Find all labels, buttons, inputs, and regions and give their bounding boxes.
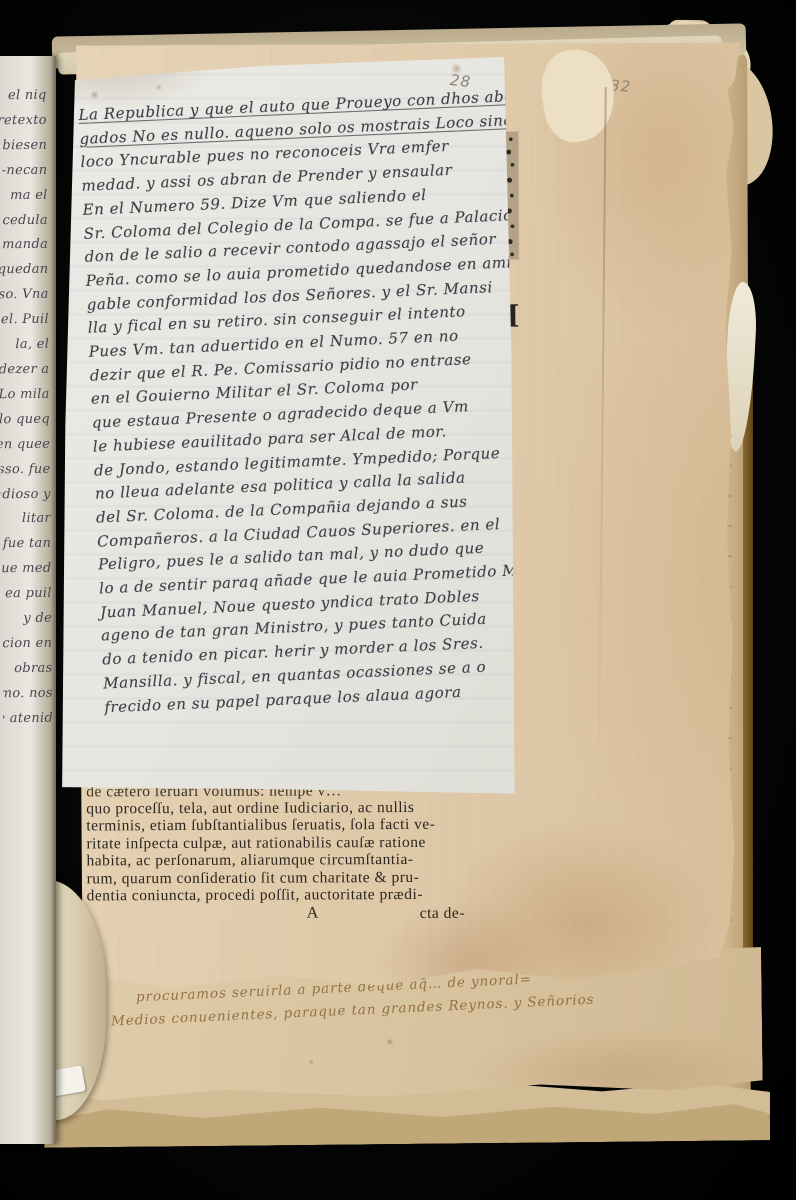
latin-lines: quo proceſſu, tela, aut ordine Iudiciari…: [86, 799, 516, 905]
left-page-fragment: litar: [1, 507, 51, 532]
paper-crack: [598, 87, 606, 747]
latin-line: habita, ac perſonarum, aliarumque circum…: [86, 851, 516, 870]
latin-line: rum, quarum conſideratio ſit cum charita…: [87, 868, 517, 887]
latin-line: dentia coniuncta, procedi poſſit, auctor…: [87, 886, 517, 905]
left-page-fragment: eque med: [1, 557, 51, 582]
left-page-fragment: acion en: [2, 632, 52, 657]
left-page-fragment: ma el: [0, 183, 48, 208]
left-page-fragment: ea puil: [2, 582, 52, 607]
left-page-fragment: o, quedan: [0, 258, 49, 283]
left-page-fragment: el. Puil: [0, 308, 49, 333]
left-page-fragment: en quee: [0, 432, 50, 457]
latin-line: ritate inſpecta culpæ, aut rationabilis …: [86, 833, 516, 852]
latin-line: terminis, etiam ſubſtantialibus ſeruatis…: [86, 816, 516, 835]
left-page-fragment: biesen: [0, 134, 47, 159]
left-page-sliver: el niqretextobiesennecan-ma elcedulamand…: [0, 56, 56, 1144]
left-page-fragment: manda: [0, 233, 48, 258]
left-page-fragment: necan-: [0, 158, 47, 183]
latin-text-block: de cætero ſeruari volumus: nempe v… quo …: [86, 782, 517, 925]
signature-row: A cta de-: [87, 903, 517, 925]
left-page-fragment: la, el: [0, 333, 49, 358]
left-page-fragment: que atenid: [3, 706, 53, 731]
photograph-of-archival-documents: procuramos seruirla a parte deque aq̃… d…: [0, 0, 796, 1200]
torn-paper-fragment: [535, 44, 621, 146]
catchword: cta de-: [420, 905, 465, 923]
left-page-fragment: retexto: [0, 109, 47, 134]
left-page-fragment: dezer a: [0, 358, 50, 383]
left-page-fragment: llo queq: [0, 408, 50, 433]
left-page-fragment: fue tan: [1, 532, 51, 557]
left-page-fragment: y de: [2, 607, 52, 632]
left-page-fragment: misso. fue: [0, 457, 50, 482]
left-page-fragments: el niqretextobiesennecan-ma elcedulamand…: [0, 84, 54, 764]
left-page-fragment: el niq: [0, 84, 47, 109]
left-page-fragment: obras: [2, 657, 52, 682]
left-page-fragment: cedula: [0, 208, 48, 233]
signature-mark: A: [307, 905, 319, 923]
manuscript-page: 28 La Republica y que el auto que Prouey…: [58, 54, 516, 796]
left-page-fragment: mo. nos: [3, 681, 53, 706]
left-page-fragment: Lo mila: [0, 383, 50, 408]
latin-line: quo proceſſu, tela, aut ordine Iudiciari…: [86, 799, 516, 818]
left-page-fragment: hedioso y: [1, 482, 51, 507]
left-page-fragment: isso. Vna: [0, 283, 49, 308]
manuscript-text: La Republica y que el auto que Proueyo c…: [78, 85, 534, 719]
